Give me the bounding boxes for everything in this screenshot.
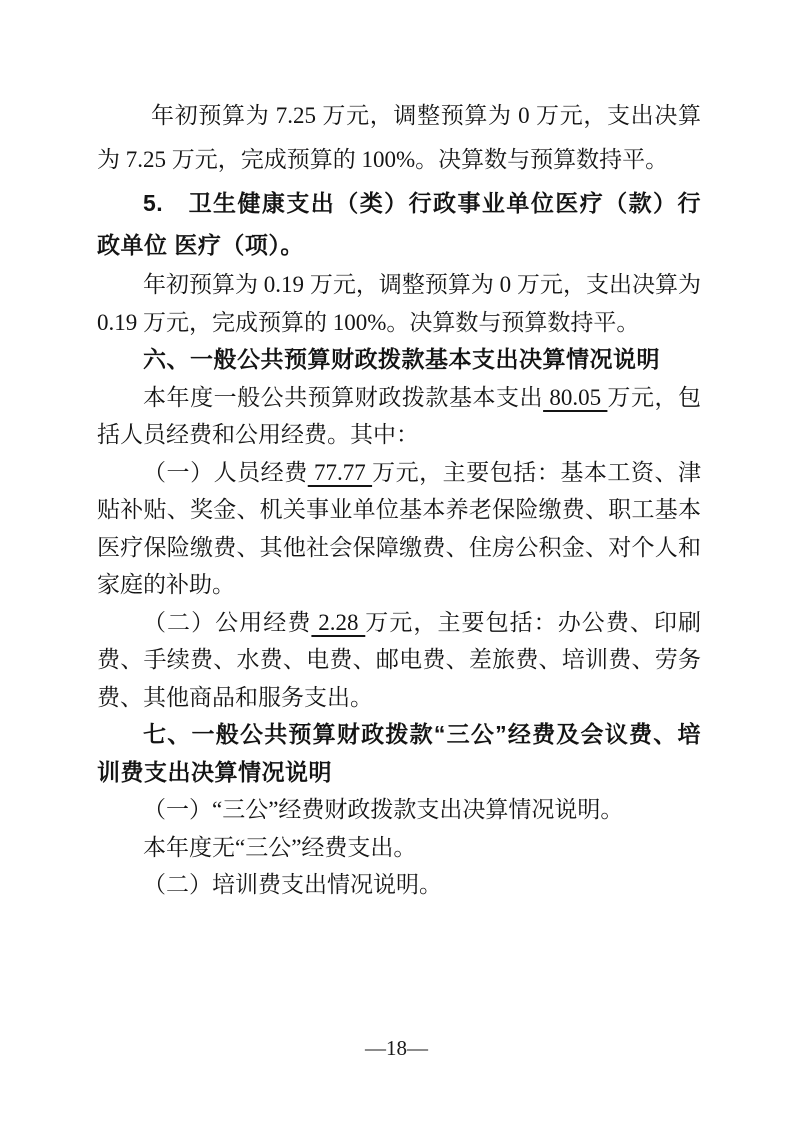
text-run: 六、一般公共预算财政拨款基本支出决算情况说明 xyxy=(143,346,660,372)
document-body: 年初预算为 7.25 万元，调整预算为 0 万元，支出决算为 7.25 万元，完… xyxy=(97,0,701,904)
text-run: （一）“三公”经费财政拨款支出决算情况说明。 xyxy=(143,797,623,822)
text-run: 5. 卫生健康支出（类）行政事业单位医疗（款）行政单位 医疗（项）。 xyxy=(97,190,701,258)
page-number: —18— xyxy=(0,1036,793,1061)
para-personnel-funds: （一）人员经费 77.77 万元，主要包括：基本工资、津贴补贴、奖金、机关事业单… xyxy=(97,454,701,604)
para-basic-expenditure-total: 本年度一般公共预算财政拨款基本支出 80.05 万元，包括人员经费和公用经费。其… xyxy=(97,379,701,454)
text-run: 年初预算为 0.19 万元，调整预算为 0 万元，支出决算为 0.19 万元，完… xyxy=(97,272,701,335)
underlined-value: 2.28 xyxy=(311,610,365,635)
para-sangong-explanation-title: （一）“三公”经费财政拨款支出决算情况说明。 xyxy=(97,791,701,829)
text-run: （二）公用经费 xyxy=(143,610,311,635)
text-run: （一）人员经费 xyxy=(143,460,308,485)
underlined-value: 80.05 xyxy=(543,385,607,410)
heading-section-6-basic-expenditure: 六、一般公共预算财政拨款基本支出决算情况说明 xyxy=(97,341,701,379)
para-item4-budget-detail: 年初预算为 7.25 万元，调整预算为 0 万元，支出决算为 7.25 万元，完… xyxy=(97,94,701,182)
text-run: 本年度一般公共预算财政拨款基本支出 xyxy=(143,385,543,410)
para-public-funds: （二）公用经费 2.28 万元，主要包括：办公费、印刷费、手续费、水费、电费、邮… xyxy=(97,604,701,717)
heading-section-7-sangong-expenses: 七、一般公共预算财政拨款“三公”经费及会议费、培训费支出决算情况说明 xyxy=(97,716,701,791)
para-no-sangong-expenditure: 本年度无“三公”经费支出。 xyxy=(97,829,701,867)
heading-item-5-health-expenditure: 5. 卫生健康支出（类）行政事业单位医疗（款）行政单位 医疗（项）。 xyxy=(97,182,701,266)
text-run: 七、一般公共预算财政拨款“三公”经费及会议费、培训费支出决算情况说明 xyxy=(97,721,701,785)
underlined-value: 77.77 xyxy=(308,460,372,485)
text-run: 本年度无“三公”经费支出。 xyxy=(143,835,416,860)
para-training-fee-title: （二）培训费支出情况说明。 xyxy=(97,866,701,904)
text-run: （二）培训费支出情况说明。 xyxy=(143,872,442,897)
text-run: 年初预算为 7.25 万元，调整预算为 0 万元，支出决算为 7.25 万元，完… xyxy=(97,103,701,172)
para-item5-budget-detail: 年初预算为 0.19 万元，调整预算为 0 万元，支出决算为 0.19 万元，完… xyxy=(97,266,701,341)
document-page: 年初预算为 7.25 万元，调整预算为 0 万元，支出决算为 7.25 万元，完… xyxy=(0,0,793,1122)
